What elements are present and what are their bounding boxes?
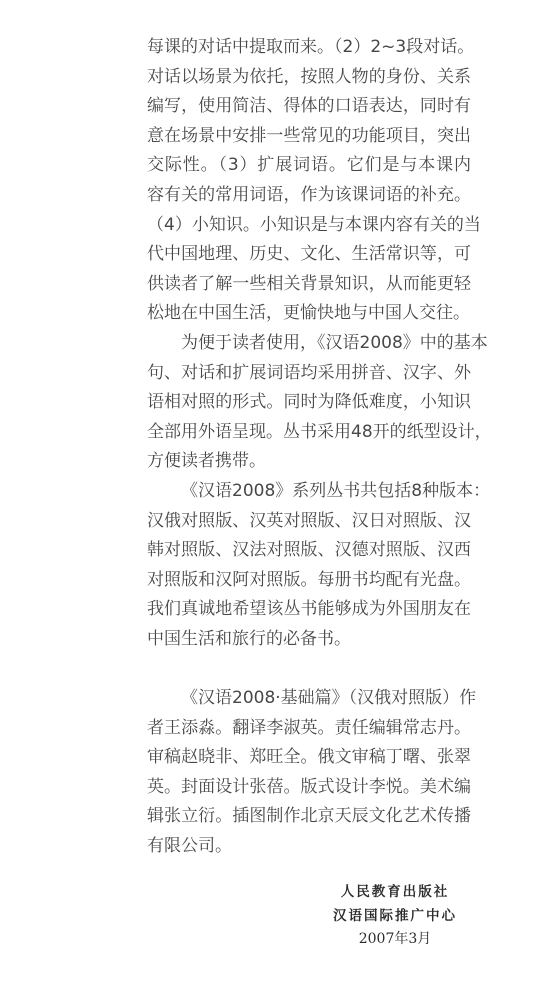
body-line: 松地在中国生活，更愉快地与中国人交往。 bbox=[147, 299, 471, 329]
credits-line: 辑张立衍。插图制作北京天辰文化艺术传播 bbox=[147, 802, 471, 832]
body-line: 每课的对话中提取而来。（2）2~3段对话。 bbox=[147, 33, 471, 63]
body-line: 汉俄对照版、汉英对照版、汉日对照版、汉 bbox=[147, 507, 471, 537]
body-line: 句、对话和扩展词语均采用拼音、汉字、外 bbox=[147, 359, 471, 389]
paragraph-start-line: 《汉语2008》系列丛书共包括8种版本： bbox=[147, 477, 471, 507]
body-line: 对照版和汉阿对照版。每册书均配有光盘。 bbox=[147, 566, 471, 596]
paragraph-start-line: 为便于读者使用，《汉语2008》中的基本 bbox=[147, 329, 471, 359]
body-line: 容有关的常用词语，作为该课词语的补充。 bbox=[147, 181, 471, 211]
body-line: 供读者了解一些相关背景知识，从而能更轻 bbox=[147, 270, 471, 300]
credits-line: 英。封面设计张蓓。版式设计李悦。美术编 bbox=[147, 773, 471, 803]
credits-line: 者王添淼。翻译李淑英。责任编辑常志丹。 bbox=[147, 714, 471, 744]
document-body: 每课的对话中提取而来。（2）2~3段对话。 对话以场景为依托，按照人物的身份、关… bbox=[147, 33, 471, 862]
credits-line: 有限公司。 bbox=[147, 832, 471, 862]
body-line: 代中国地理、历史、文化、生活常识等，可 bbox=[147, 240, 471, 270]
publisher-signature: 人民教育出版社 汉语国际推广中心 2007年3月 bbox=[322, 881, 468, 952]
center-name: 汉语国际推广中心 bbox=[322, 905, 468, 929]
body-line: 我们真诚地希望该丛书能够成为外国朋友在 bbox=[147, 595, 471, 625]
body-line: 中国生活和旅行的必备书。 bbox=[147, 625, 471, 655]
body-line: 意在场景中安排一些常见的功能项目，突出 bbox=[147, 122, 471, 152]
paragraph-gap bbox=[147, 654, 471, 684]
body-line: 交际性。（3）扩展词语。它们是与本课内 bbox=[147, 151, 471, 181]
credits-line: 审稿赵晓非、郑旺全。俄文审稿丁曙、张翠 bbox=[147, 743, 471, 773]
publisher-name: 人民教育出版社 bbox=[322, 881, 468, 905]
body-line: 语相对照的形式。同时为降低难度，小知识 bbox=[147, 388, 471, 418]
body-line: （4）小知识。小知识是与本课内容有关的当 bbox=[147, 211, 471, 241]
body-line: 编写，使用简洁、得体的口语表达，同时有 bbox=[147, 92, 471, 122]
credits-start-line: 《汉语2008·基础篇》（汉俄对照版）作 bbox=[147, 684, 471, 714]
body-line: 韩对照版、汉法对照版、汉德对照版、汉西 bbox=[147, 536, 471, 566]
body-line: 对话以场景为依托，按照人物的身份、关系 bbox=[147, 63, 471, 93]
body-line: 全部用外语呈现。丛书采用48开的纸型设计， bbox=[147, 418, 471, 448]
publication-date: 2007年3月 bbox=[322, 928, 468, 952]
body-line: 方便读者携带。 bbox=[147, 447, 471, 477]
